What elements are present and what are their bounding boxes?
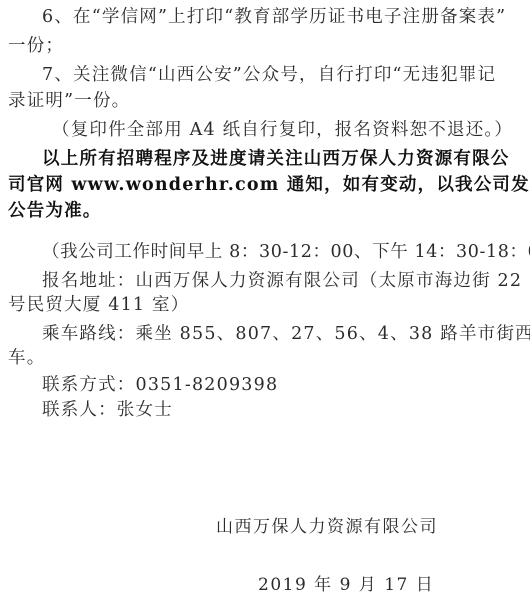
route-line-2: 车。 [8,346,524,370]
item-7-line-1: 7、关注微信“山西公安”公众号，自行打印“无违犯罪记 [42,63,530,87]
contact-person: 联系人：张女士 [42,398,530,422]
address-line-1: 报名地址：山西万保人力资源有限公司（太原市海边街 22 [42,269,530,293]
work-hours: （我公司工作时间早上 8：30-12：00、下午 14：30-18：00） [42,240,530,264]
address-line-2: 号民贸大厦 411 室） [8,293,524,317]
signature-company: 山西万保人力资源有限公司 [216,515,438,539]
item-6-line-2: 一份； [8,34,524,58]
notice-line-1: 以上所有招聘程序及进度请关注山西万保人力资源有限公 [42,147,530,171]
notice-line-2: 司官网 www.wonderhr.com 通知，如有变动，以我公司发布补充 [8,173,524,197]
signature-date: 2019 年 9 月 17 日 [258,573,434,597]
notice-line-3: 公告为准。 [8,199,524,223]
copy-note: （复印件全部用 A4 纸自行复印，报名资料恕不退还。） [52,118,530,142]
item-7-line-2: 录证明”一份。 [8,89,524,113]
contact-method: 联系方式：0351-8209398 [42,373,530,397]
item-6-line-1: 6、在“学信网”上打印“教育部学历证书电子注册备案表” [42,5,530,29]
route-line-1: 乘车路线：乘坐 855、807、27、56、4、38 路羊市街西口下 [42,322,530,346]
